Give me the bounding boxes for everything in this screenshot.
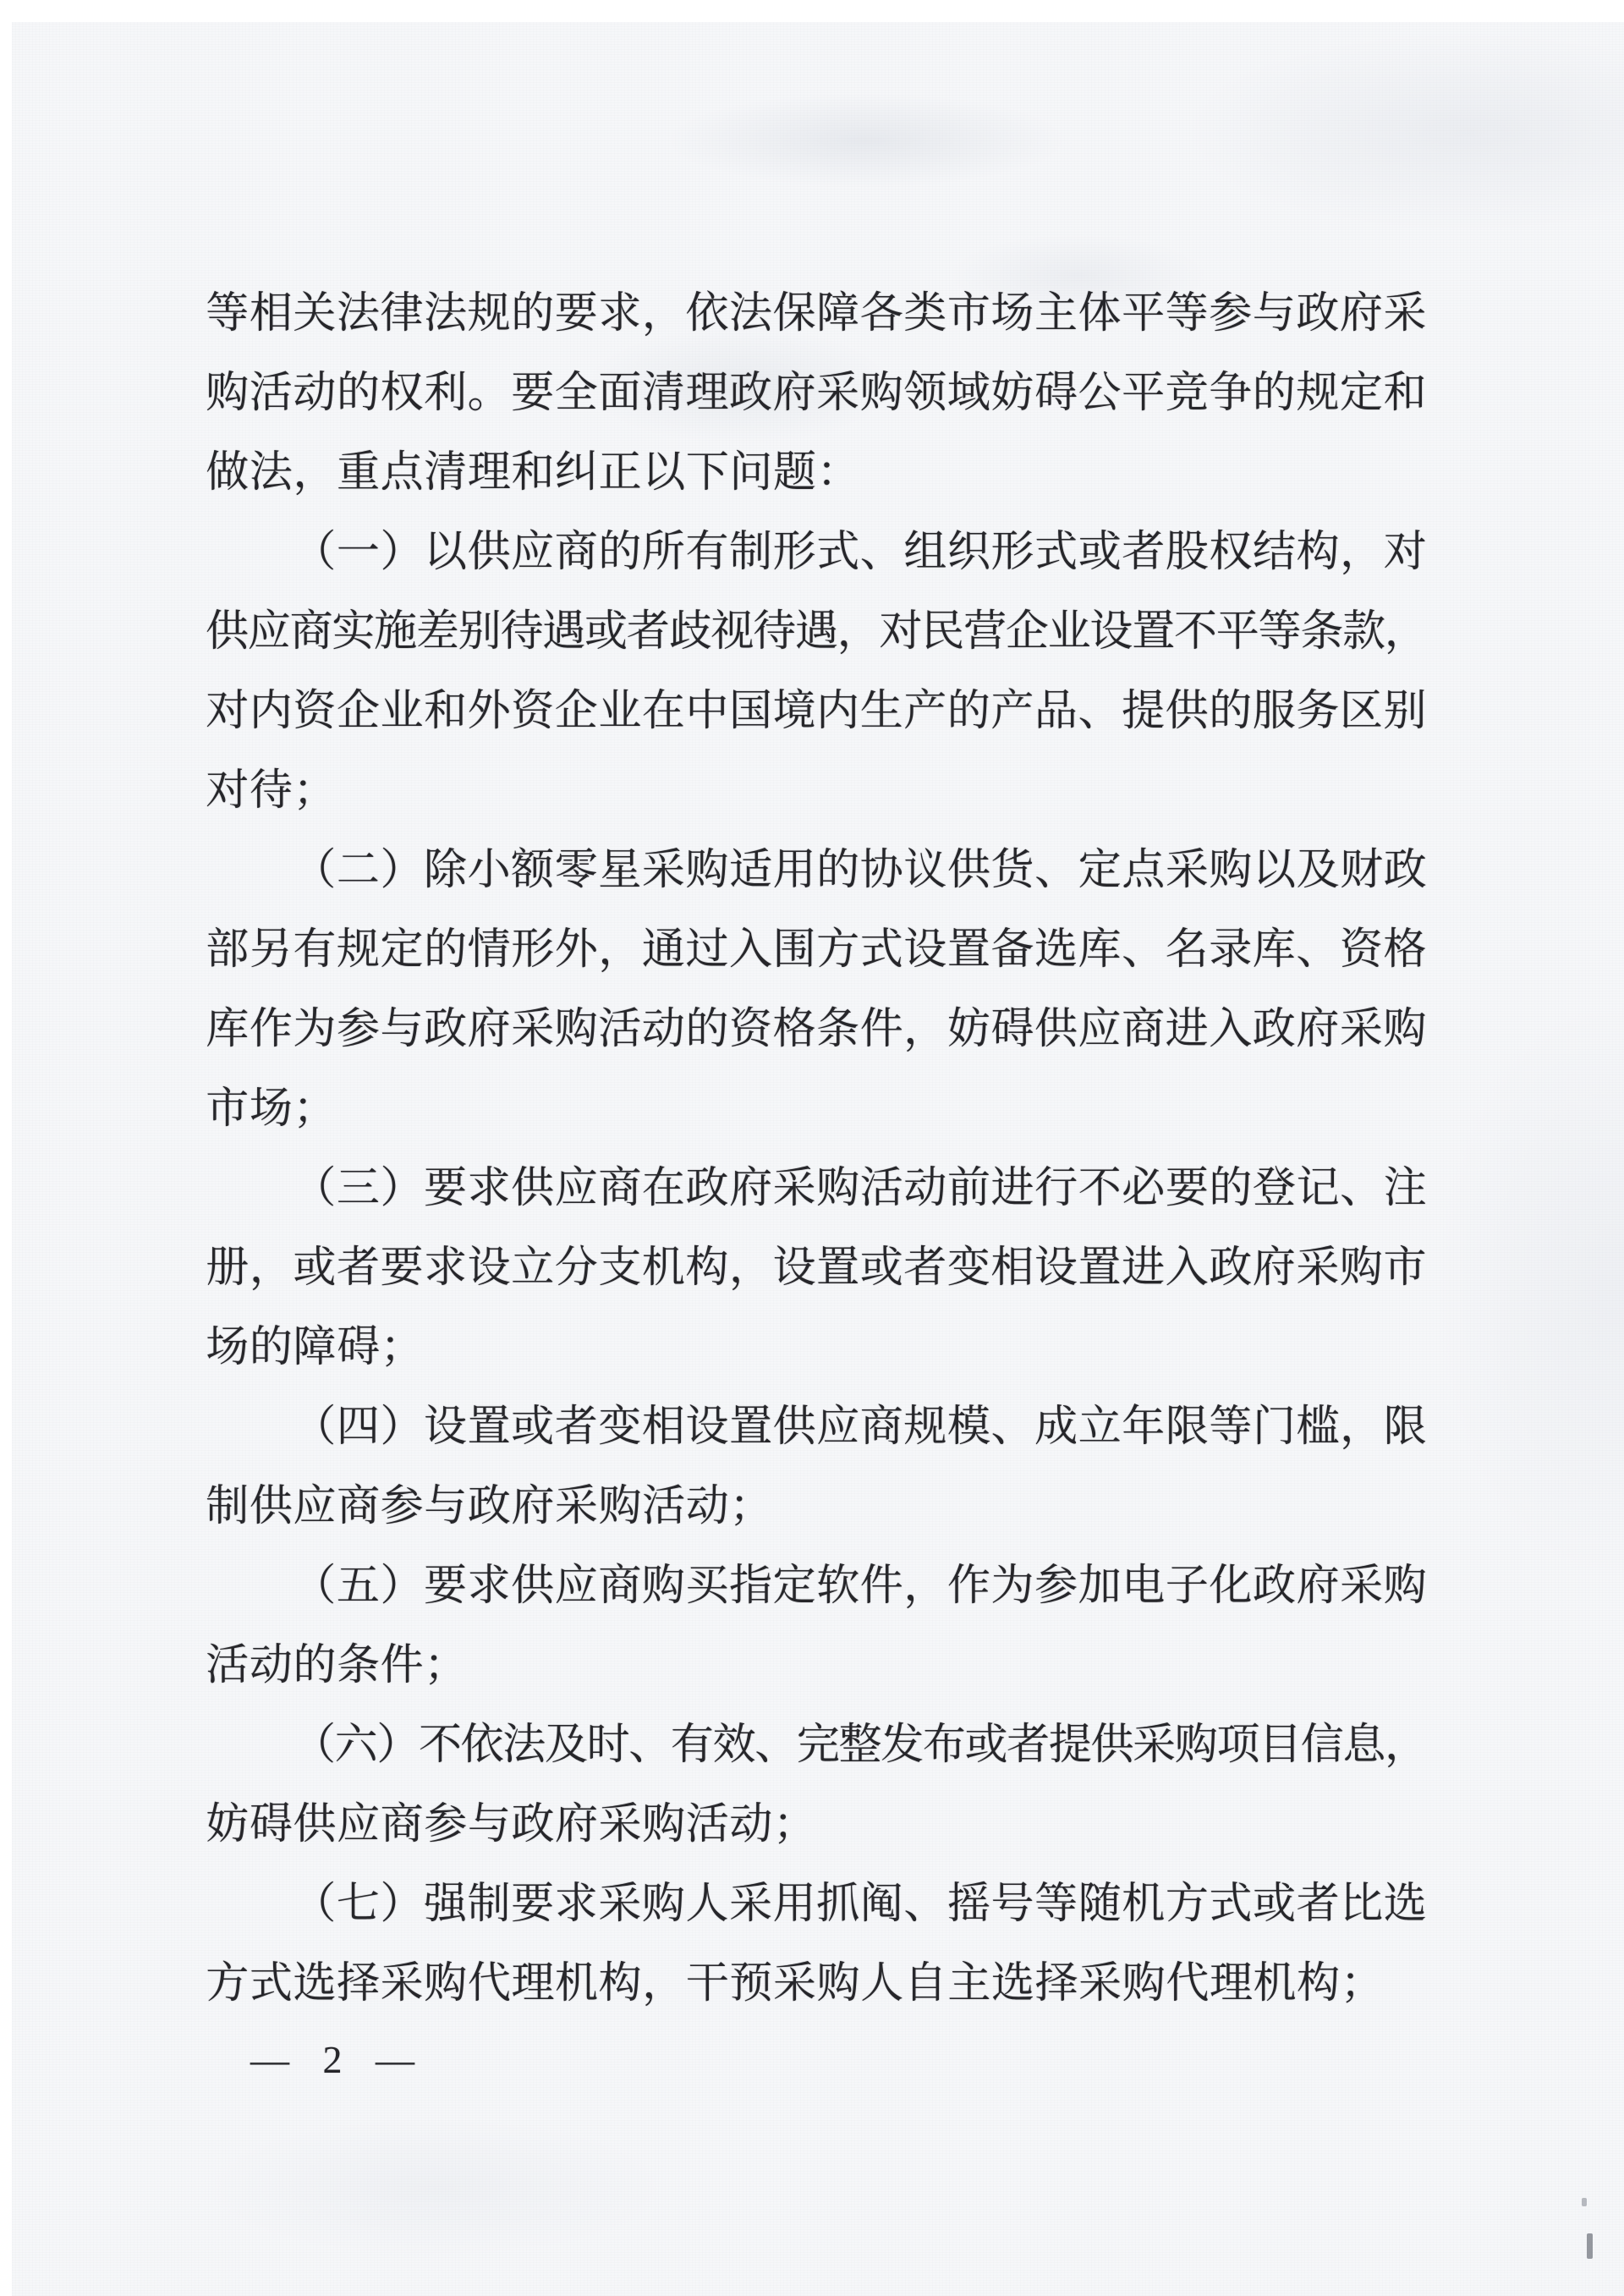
- scanned-document-page: { "page": { "paper_color": "#f6f7f9", "t…: [0, 0, 1624, 2296]
- text-line: 对内资企业和外资企业在中国境内生产的产品、提供的服务区别: [206, 672, 1427, 751]
- text-column: 等相关法律法规的要求，依法保障各类市场主体平等参与政府采购活动的权利。要全面清理…: [206, 274, 1427, 2024]
- text-line: 等相关法律法规的要求，依法保障各类市场主体平等参与政府采: [206, 274, 1427, 354]
- text-line: 部另有规定的情形外，通过入围方式设置备选库、名录库、资格: [206, 910, 1427, 990]
- text-line: （三）要求供应商在政府采购活动前进行不必要的登记、注: [206, 1149, 1427, 1228]
- text-line: 制供应商参与政府采购活动；: [206, 1467, 1427, 1546]
- text-line: （六）不依法及时、有效、完整发布或者提供采购项目信息，: [206, 1706, 1427, 1785]
- page-number: — 2 —: [250, 2030, 426, 2090]
- scan-speck: [1582, 2198, 1587, 2206]
- text-line: 场的障碍；: [206, 1308, 1427, 1387]
- text-line: 活动的条件；: [206, 1626, 1427, 1706]
- text-line: 对待；: [206, 751, 1427, 831]
- text-line: 妨碍供应商参与政府采购活动；: [206, 1785, 1427, 1865]
- text-line: （一）以供应商的所有制形式、组织形式或者股权结构，对: [206, 513, 1427, 592]
- scan-speck: [1587, 2233, 1593, 2259]
- text-line: （二）除小额零星采购适用的协议供货、定点采购以及财政: [206, 831, 1427, 910]
- text-line: 库作为参与政府采购活动的资格条件，妨碍供应商进入政府采购: [206, 990, 1427, 1069]
- text-line: （七）强制要求采购人采用抓阄、摇号等随机方式或者比选: [206, 1865, 1427, 1944]
- text-line: 供应商实施差别待遇或者歧视待遇，对民营企业设置不平等条款，: [206, 592, 1427, 672]
- text-line: 市场；: [206, 1069, 1427, 1149]
- text-line: （五）要求供应商购买指定软件，作为参加电子化政府采购: [206, 1546, 1427, 1626]
- text-line: 购活动的权利。要全面清理政府采购领域妨碍公平竞争的规定和: [206, 354, 1427, 433]
- text-line: （四）设置或者变相设置供应商规模、成立年限等门槛，限: [206, 1387, 1427, 1467]
- text-line: 册，或者要求设立分支机构，设置或者变相设置进入政府采购市: [206, 1228, 1427, 1308]
- text-line: 方式选择采购代理机构，干预采购人自主选择采购代理机构；: [206, 1944, 1427, 2024]
- text-line: 做法，重点清理和纠正以下问题：: [206, 433, 1427, 513]
